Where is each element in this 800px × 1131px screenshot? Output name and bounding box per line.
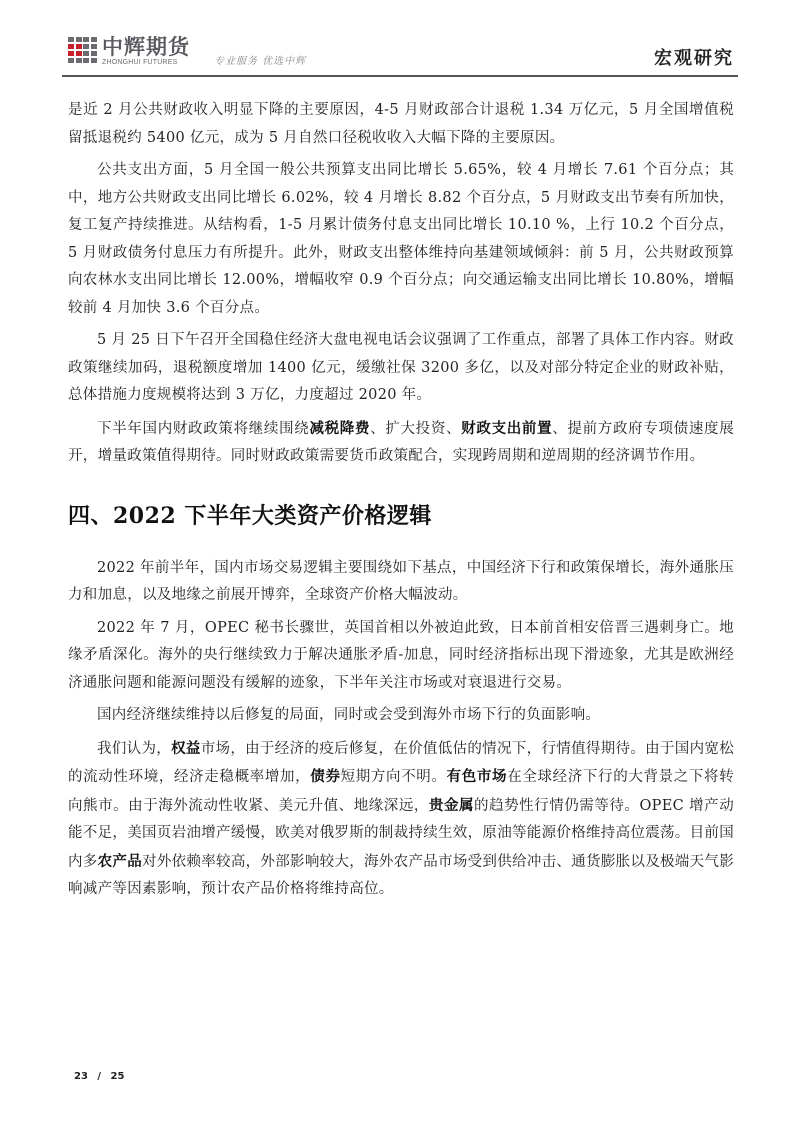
paragraph: 2022 年前半年，国内市场交易逻辑主要围绕如下基点，中国经济下行和政策保增长，… [68, 555, 734, 610]
page-separator: / [97, 1071, 101, 1082]
text-run: 2022 年 7 月，OPEC 秘书长骤世，英国首相以外被迫此致，日本前首相安倍… [68, 620, 734, 691]
text-run: 2022 年前半年，国内市场交易逻辑主要围绕如下基点，中国经济下行和政策保增长，… [68, 560, 734, 604]
paragraph: 国内经济继续维持以后修复的局面，同时或会受到海外市场下行的负面影响。 [68, 702, 734, 730]
emphasized-text: 贵金属 [429, 797, 474, 814]
emphasized-text: 权益 [171, 740, 201, 757]
paragraph: 2022 年 7 月，OPEC 秘书长骤世，英国首相以外被迫此致，日本前首相安倍… [68, 615, 734, 698]
emphasized-text: 债券 [310, 768, 340, 785]
section-label: 宏观研究 [654, 44, 734, 70]
text-run: 、扩大投资、 [370, 421, 461, 437]
paragraph: 公共支出方面，5 月全国一般公共预算支出同比增长 5.65%，较 4 月增长 7… [68, 157, 734, 322]
text-run: 公共支出方面，5 月全国一般公共预算支出同比增长 5.65%，较 4 月增长 7… [68, 162, 734, 316]
company-logo: 中辉期货 ZHONGHUI FUTURES [68, 36, 190, 67]
page-header: 中辉期货 ZHONGHUI FUTURES 专业服务 优选中辉 宏观研究 [62, 30, 738, 74]
emphasized-text: 财政支出前置 [461, 420, 552, 437]
text-run: 我们认为， [97, 741, 171, 757]
logo-grid-icon [68, 37, 98, 63]
emphasized-text: 农产品 [98, 853, 142, 870]
text-run: 5 月 25 日下午召开全国稳住经济大盘电视电话会议强调了工作重点，部署了具体工… [68, 332, 734, 403]
paragraph: 是近 2 月公共财政收入明显下降的主要原因，4-5 月财政部合计退税 1.34 … [68, 97, 734, 152]
logo-chinese-name: 中辉期货 [102, 36, 190, 58]
emphasized-text: 有色市场 [447, 768, 508, 785]
page-number: 23 / 25 [74, 1071, 124, 1082]
text-run: 对外依赖率较高，外部影响较大，海外农产品市场受到供给冲击、通货膨胀以及极端天气影… [68, 854, 734, 898]
text-run: 国内经济继续维持以后修复的局面，同时或会受到海外市场下行的负面影响。 [97, 707, 600, 723]
fiscal-policy-paragraphs: 是近 2 月公共财政收入明显下降的主要原因，4-5 月财政部合计退税 1.34 … [68, 97, 734, 471]
paragraph: 5 月 25 日下午召开全国稳住经济大盘电视电话会议强调了工作重点，部署了具体工… [68, 327, 734, 410]
company-slogan: 专业服务 优选中辉 [214, 52, 306, 67]
logo-english-name: ZHONGHUI FUTURES [102, 58, 190, 67]
paragraph: 下半年国内财政政策将继续围绕减税降费、扩大投资、财政支出前置、提前方政府专项债速… [68, 415, 734, 471]
page-total: 25 [111, 1071, 125, 1082]
text-run: 是近 2 月公共财政收入明显下降的主要原因，4-5 月财政部合计退税 1.34 … [68, 102, 734, 146]
section-heading: 四、2022 下半年大类资产价格逻辑 [68, 501, 734, 531]
header-divider [62, 75, 738, 77]
text-run: 下半年国内财政政策将继续围绕 [97, 421, 309, 437]
paragraph: 我们认为，权益市场，由于经济的疫后修复，在价值低估的情况下，行情值得期待。由于国… [68, 735, 734, 904]
page-current: 23 [74, 1071, 88, 1082]
asset-price-paragraphs: 2022 年前半年，国内市场交易逻辑主要围绕如下基点，中国经济下行和政策保增长，… [68, 555, 734, 904]
emphasized-text: 减税降费 [309, 420, 370, 437]
document-body: 是近 2 月公共财政收入明显下降的主要原因，4-5 月财政部合计退税 1.34 … [68, 97, 734, 904]
text-run: 短期方向不明。 [341, 769, 447, 785]
